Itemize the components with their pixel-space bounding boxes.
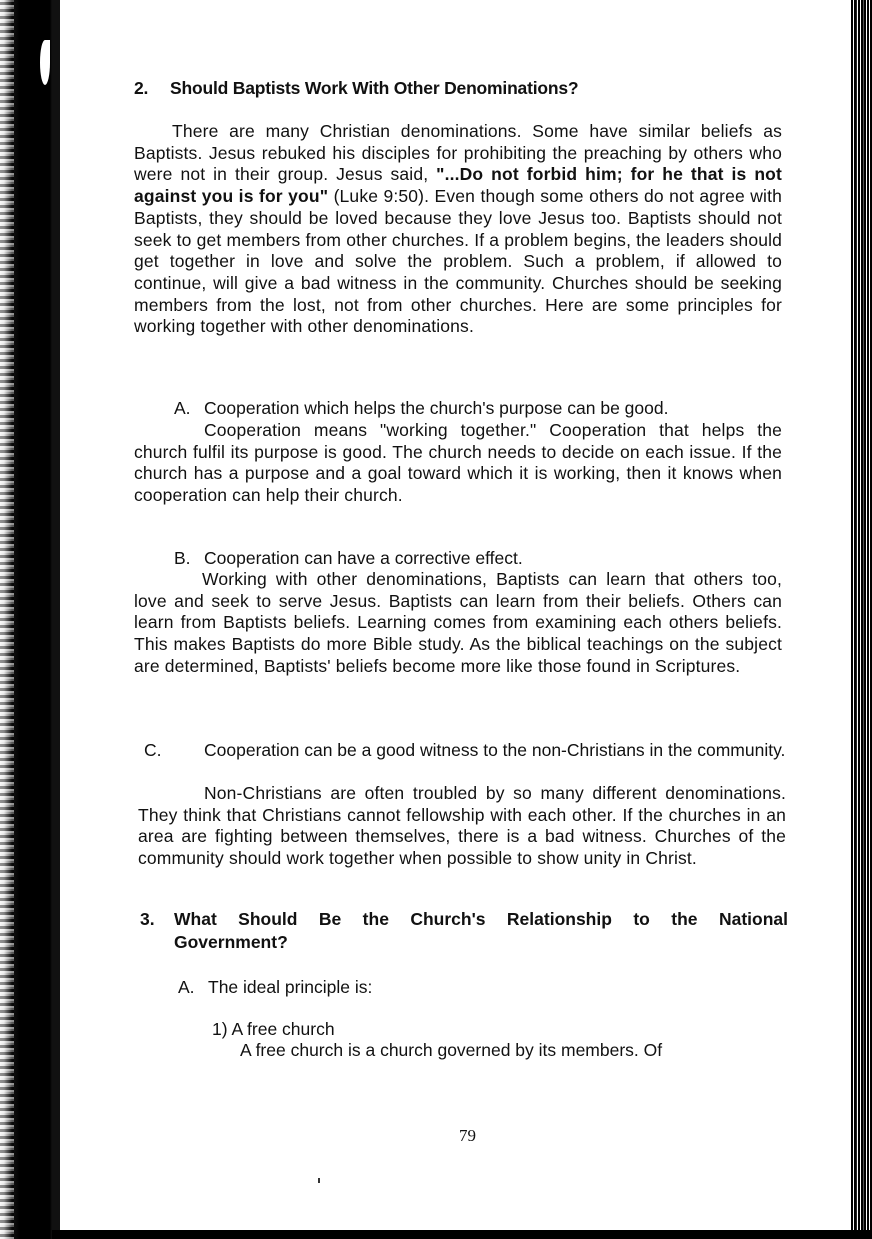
section-3-point-a: A.The ideal principle is: [178,977,372,999]
point-letter: A. [174,398,204,420]
item-1-body: A free church is a church governed by it… [240,1040,790,1062]
page-number: 79 [459,1126,476,1146]
section-number: 2. [134,78,170,99]
point-a-heading: A.Cooperation which helps the church's p… [174,398,668,420]
point-heading-text: Cooperation can have a corrective effect… [204,548,523,568]
point-body-text: Non-Christians are often troubled by so … [138,783,786,868]
point-letter: C. [174,740,204,762]
point-b-body: Working with other denominations, Baptis… [134,569,782,678]
intro-text-continued: (Luke 9:50). Even though some others do … [134,186,782,336]
section-title: Should Baptists Work With Other Denomina… [170,78,578,98]
point-a-body: Cooperation means "working together." Co… [134,420,782,507]
point-heading-text: Cooperation can be a good witness to the… [204,740,785,760]
point-c-heading: C.Cooperation can be a good witness to t… [174,740,816,762]
section-title-line-2: Government? [174,931,788,954]
point-letter: A. [178,977,208,999]
point-body-text: Cooperation means "working together." Co… [134,420,782,505]
section-title-line-1: What Should Be the Church's Relationship… [174,908,788,931]
section-2-intro: There are many Christian denominations. … [134,121,782,338]
point-c-body: Non-Christians are often troubled by so … [138,783,786,870]
section-number: 3. [140,908,155,931]
book-page: 2.Should Baptists Work With Other Denomi… [0,0,872,1239]
point-letter: B. [174,548,204,570]
point-b-heading: B.Cooperation can have a corrective effe… [174,548,523,570]
point-body-text: Working with other denominations, Baptis… [134,569,782,676]
item-1-label: 1) A free church [212,1019,335,1041]
section-3-heading: 3. What Should Be the Church's Relations… [140,908,788,954]
scan-speck [318,1178,320,1183]
point-heading-text: Cooperation which helps the church's pur… [204,398,668,418]
point-heading-text: The ideal principle is: [208,977,372,997]
section-2-heading: 2.Should Baptists Work With Other Denomi… [134,78,578,99]
